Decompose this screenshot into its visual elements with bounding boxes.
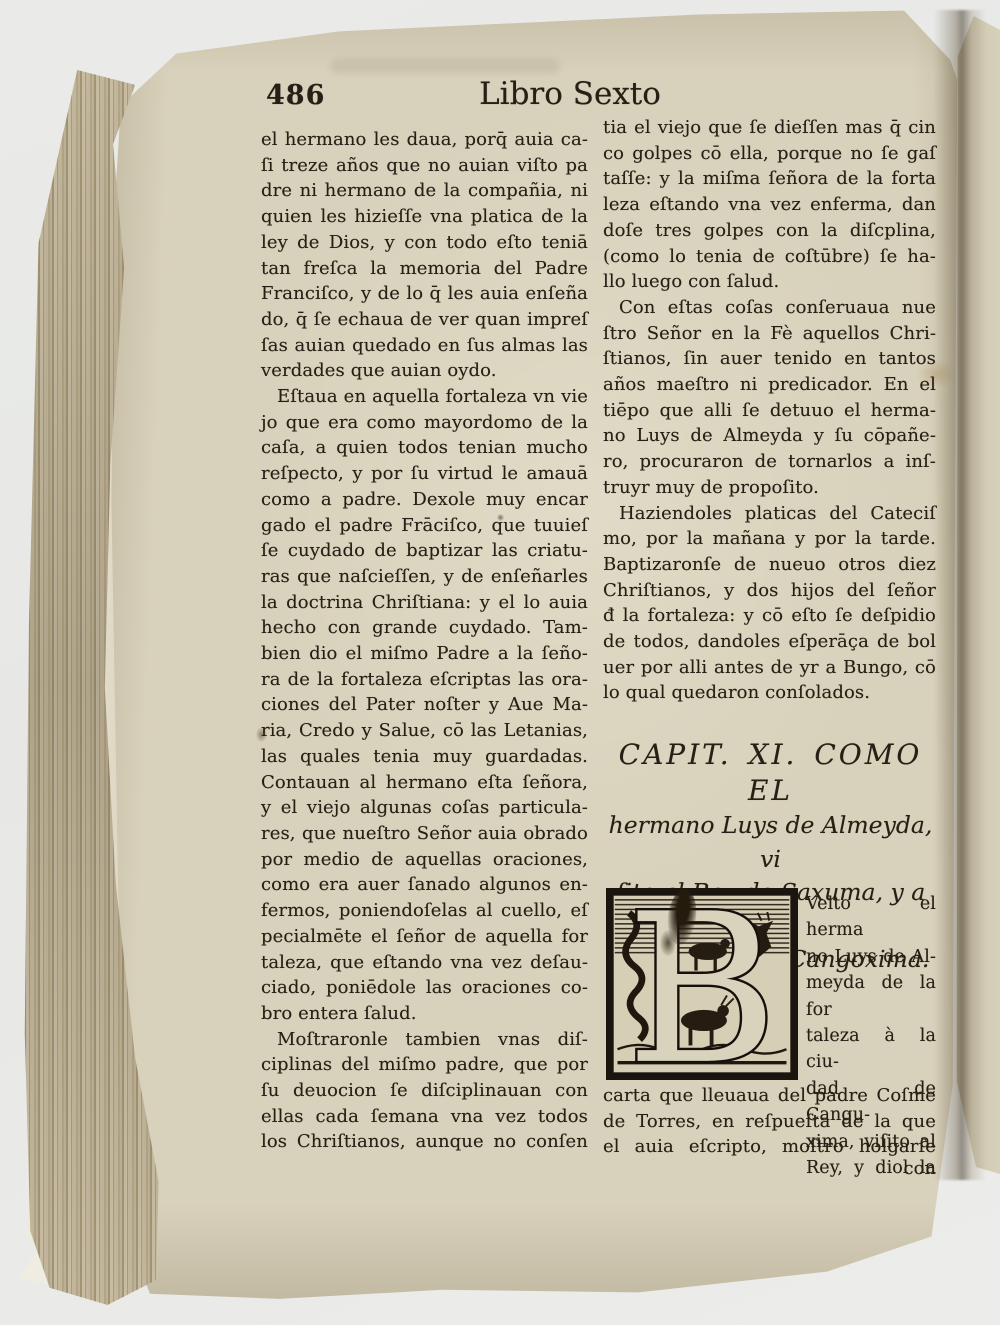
text-line: hermano Luys de Almeyda, vi — [598, 809, 943, 876]
text-line: Velto el herma — [806, 891, 936, 944]
text-line: Contauan al hermano eſta ſeñora, — [261, 770, 588, 796]
text-line: como era auer ſanado algunos en- — [261, 872, 588, 898]
text-line: y el viejo algunas coſas particula- — [261, 795, 588, 821]
text-line: carta que lleuaua del padre Coſme — [603, 1083, 936, 1109]
text-line: verdades que auian oydo. — [261, 358, 588, 384]
text-line: la doctrina Chriſtiana: y el lo auia — [261, 590, 588, 616]
text-line: no Luys de Almeyda y ſu cōpañe- — [603, 423, 936, 449]
text-line: res, que nueſtro Señor auia obrado — [261, 821, 588, 847]
text-line: ro, procuraron de tornarlos a inſ- — [603, 449, 936, 475]
text-line: do, q̄ ſe echaua de ver quan impreſ — [261, 307, 588, 333]
woodcut-initial-capital: B — [606, 888, 798, 1080]
text-line: Franciſco, y de lo q̄ les auia enſeña — [261, 281, 588, 307]
text-line: ſas auian quedado en ſus almas las — [261, 333, 588, 359]
text-line: uer por alli antes de yr a Bungo, cō — [603, 655, 936, 681]
text-line: taſſe: y la miſma ſeñora de la forta — [603, 166, 936, 192]
text-line: ſtro Señor en la Fè aquellos Chri- — [603, 321, 936, 347]
text-line: por medio de aquellas oraciones, — [261, 847, 588, 873]
text-line: Con eſtas coſas conſeruaua nue — [603, 295, 936, 321]
text-line: como a padre. Dexole muy encar — [261, 487, 588, 513]
text-line: truyr muy de propoſito. — [603, 475, 936, 501]
text-line: llo luego con ſalud. — [603, 269, 936, 295]
text-line: ellas cada ſemana vna vez todos — [261, 1104, 588, 1130]
text-line: Haziendoles platicas del Cateciſ — [603, 501, 936, 527]
right-text-column: tia el viejo que ſe dieſſen mas q̄ cinco… — [603, 115, 936, 706]
text-line: tiēpo que alli ſe detuuo el herma- — [603, 398, 936, 424]
text-line: mo, por la mañana y por la tarde. — [603, 526, 936, 552]
text-line: el auia eſcripto, moſtro holgarſe — [603, 1134, 936, 1160]
text-line: co golpes cō ella, porque no ſe gaſ — [603, 141, 936, 167]
book-photo: 486 Libro Sexto el hermano les daua, por… — [0, 0, 1000, 1325]
text-line: reſpecto, y por ſu virtud le amauā — [261, 461, 588, 487]
text-line: ra de la fortaleza eſcriptas las ora- — [261, 667, 588, 693]
chapter-heading-number: CAPIT. XI. COMO EL — [598, 737, 943, 809]
text-line: leza eſtando vna vez enferma, dan — [603, 192, 936, 218]
text-line: đ la fortaleza: y cō eſto ſe deſpidio — [603, 603, 936, 629]
text-line: ciplinas del miſmo padre, que por — [261, 1052, 588, 1078]
text-line: Baptizaronſe de nueuo otros diez — [603, 552, 936, 578]
closing-lines: carta que lleuaua del padre Coſmede Torr… — [603, 1083, 936, 1160]
text-line: dre ni hermano de la compañia, ni — [261, 178, 588, 204]
text-line: ria, Credo y Salue, cō las Letanias, — [261, 718, 588, 744]
text-line: taleza, que eſtando vna vez deſau- — [261, 950, 588, 976]
catchword: con — [603, 1158, 936, 1179]
text-line: lo qual quedaron conſolados. — [603, 680, 936, 706]
text-line: (como lo tenia de coſtūbre) ſe ha- — [603, 244, 936, 270]
text-line: Moſtraronle tambien vnas diſ- — [261, 1027, 588, 1053]
text-line: no Luys de Al- — [806, 944, 936, 970]
text-line: de todos, dandoles eſperāça de bol — [603, 629, 936, 655]
text-line: Chriſtianos, y dos hijos del ſeñor — [603, 578, 936, 604]
text-line: ſtianos, ſin auer tenido en tantos — [603, 346, 936, 372]
text-line: ſe cuydado de baptizar las criatu- — [261, 538, 588, 564]
text-line: bien dio el miſmo Padre a la ſeño- — [261, 641, 588, 667]
text-line: tia el viejo que ſe dieſſen mas q̄ cin — [603, 115, 936, 141]
text-line: caſa, a quien todos tenian mucho — [261, 435, 588, 461]
text-line: hecho con grande cuydado. Tam- — [261, 615, 588, 641]
text-line: pecialmēte el ſeñor de aquella for — [261, 924, 588, 950]
text-line: quien les hizieſſe vna platica de la — [261, 204, 588, 230]
left-text-column: el hermano les daua, porq̄ auia ca-ſi tr… — [261, 127, 588, 1155]
text-line: doſe tres golpes con la diſcplina, — [603, 218, 936, 244]
text-line: ciones del Pater noſter y Aue Ma- — [261, 692, 588, 718]
running-title: Libro Sexto — [420, 76, 720, 112]
text-line: ras que naſcieſſen, y de enſeñarles — [261, 564, 588, 590]
text-line: taleza à la ciu- — [806, 1023, 936, 1076]
text-line: ſi treze años que no auian viſto pa — [261, 153, 588, 179]
text-line: tan freſca la memoria del Padre — [261, 256, 588, 282]
ink-blot-small — [660, 930, 676, 956]
text-line: fermos, poniendoſelas al cuello, eſ — [261, 898, 588, 924]
text-line: gado el padre Frāciſco, que tuuieſ — [261, 513, 588, 539]
printed-area: 486 Libro Sexto el hermano les daua, por… — [0, 0, 1000, 1325]
text-line: el hermano les daua, porq̄ auia ca- — [261, 127, 588, 153]
text-line: ciado, poniēdole las oraciones co- — [261, 975, 588, 1001]
text-line: las quales tenia muy guardadas. — [261, 744, 588, 770]
text-line: ſu deuocion ſe diſciplinauan con — [261, 1078, 588, 1104]
text-line: años maeſtro ni predicador. En el — [603, 372, 936, 398]
text-line: jo que era como mayordomo de la — [261, 410, 588, 436]
text-line: bro entera ſalud. — [261, 1001, 588, 1027]
text-line: meyda de la for — [806, 970, 936, 1023]
initial-letter: B — [626, 888, 778, 1080]
text-line: ley de Dios, y con todo eſto teniā — [261, 230, 588, 256]
text-line: de Torres, en reſpueſta de la que — [603, 1109, 936, 1135]
page-number: 486 — [266, 80, 356, 111]
text-line: los Chriſtianos, aunque no conſen — [261, 1129, 588, 1155]
text-line: Eſtaua en aquella fortaleza vn vie — [261, 384, 588, 410]
